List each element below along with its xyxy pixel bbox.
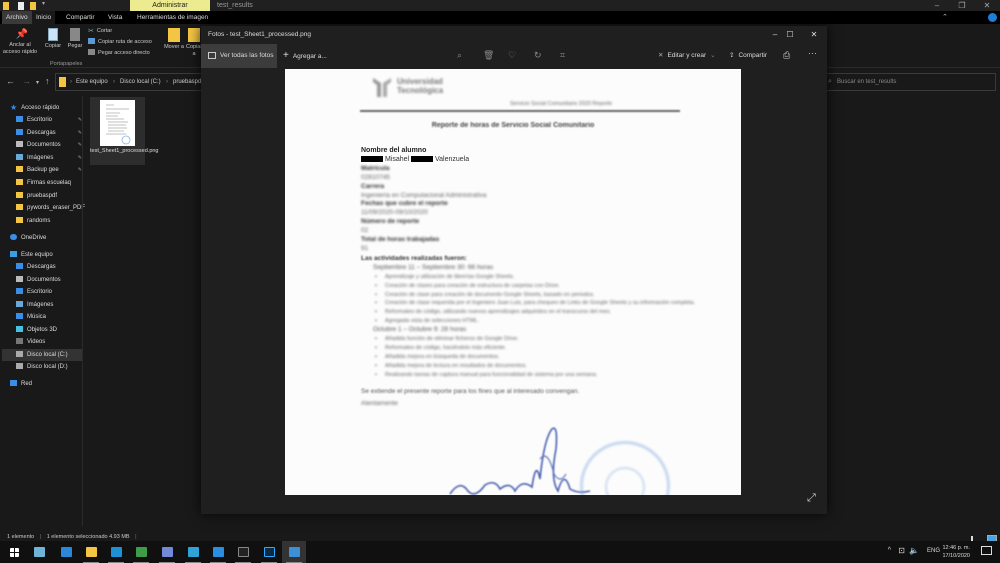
university-name: Universidad Tecnológica [397,77,443,95]
start-button[interactable] [2,541,26,563]
photos-toolbar: Ver todas las fotos +Agregar a... ⌕ 🗑 ♡ … [201,44,827,68]
up-button[interactable]: ↑ [45,76,50,86]
sidebar-item-objetos-3d[interactable]: Objetos 3D [16,324,82,336]
pane-divider[interactable] [82,96,83,526]
copy-path-button[interactable]: Copiar ruta de acceso [88,38,152,47]
breadcrumb-pruebaspdf[interactable]: pruebaspdf [173,74,203,90]
closing-paragraph: Se extiende el presente reporte para los… [361,388,721,397]
sidebar-item-randoms[interactable]: randoms [16,215,82,227]
file-thumbnail [100,100,135,146]
action-center-icon[interactable] [981,546,992,555]
activity-item: Añadida función de eliminar ficheros de … [361,335,721,344]
field-value: 02810745 [361,174,721,183]
regards: Atentamente [361,400,721,409]
activity-item: Añadida mejora de lectura en resultados … [361,362,721,371]
close-button[interactable]: ✕ [975,0,999,11]
see-all-photos-button[interactable]: Ver todas las fotos [201,44,277,68]
drive-icon [16,351,23,357]
activity-item: Realizando tareas de captura manual para… [361,371,721,380]
tab-vista[interactable]: Vista [104,11,126,24]
taskbar-app-photoshop[interactable] [257,541,281,563]
customize-qat-icon[interactable]: ▾ [42,0,45,7]
taskbar: ^ ⊡ 🔈 ENG 12:46 p. m. 17/10/2020 [0,541,1000,563]
photo-gallery-icon [208,52,216,59]
window-title: test_results [217,0,253,11]
recent-locations-button[interactable]: ▾ [36,79,39,86]
volume-icon[interactable]: 🔈 [909,546,919,555]
cloud-icon [10,234,17,240]
pin-icon: 📌 [16,30,25,40]
university-logo-icon [371,75,393,99]
file-name: test_Sheet1_processed.png [90,148,145,155]
activity-item: Creación de clases para creación de estr… [361,282,721,291]
sidebar-item-this-pc[interactable]: Este equipo [10,249,80,261]
folder-icon [16,179,23,185]
document-header: Servicio Social Comunitario 2020 Reporte [510,101,612,107]
address-bar[interactable]: › Este equipo › Disco local (C:) › prueb… [55,73,205,91]
video-icon [16,338,23,344]
whatsapp-icon [136,547,147,557]
sidebar-item-im-genes[interactable]: Imágenes [16,299,82,311]
folder-icon [59,77,66,87]
more-options-icon[interactable]: ··· [808,48,817,58]
pictures-icon [16,301,23,307]
delete-icon[interactable]: 🗑 [483,50,494,61]
activity-item: Agregada vista de selecciones HTML. [361,317,721,326]
sidebar-item-m-sica[interactable]: Música [16,311,82,323]
navigation-pane: ★Acceso rápido OneDrive Este equipo Red … [0,98,82,398]
breadcrumb-este-equipo[interactable]: Este equipo [76,74,108,90]
photos-titlebar: Fotos - test_Sheet1_processed.png – ☐ ✕ [201,26,827,44]
document-title: Reporte de horas de Servicio Social Comu… [285,122,741,129]
cut-button[interactable]: ✂Cortar [88,27,112,36]
ribbon-tabs: Archivo Inicio Compartir Vista Herramien… [0,11,1000,24]
contextual-tab-manage[interactable]: Administrar [130,0,210,11]
rotate-icon[interactable]: ↻ [534,50,542,61]
activity-item: Aprendizaje y utilización de librerías G… [361,273,721,282]
taskbar-app-todo[interactable] [54,541,78,563]
copy-to-button[interactable]: Copiar a [186,28,202,58]
field-label: Nombre del alumno [361,147,721,156]
terminal-icon [238,547,249,557]
taskbar-app-mail[interactable] [104,541,128,563]
sidebar-item-descargas[interactable]: Descargas [16,261,82,273]
desktop-icon [16,288,23,294]
share-icon: ⇪ [729,52,734,59]
start-button-icon [10,548,19,557]
clock[interactable]: 12:46 p. m. 17/10/2020 [942,544,970,560]
paste-shortcut-icon [88,49,95,55]
network-status-icon[interactable]: ⊡ [898,546,905,555]
field-value: Ingeniería en Computacional Administrati… [361,192,721,201]
photos-window: Fotos - test_Sheet1_processed.png – ☐ ✕ … [201,26,827,514]
chevron-down-icon: ⌄ [710,52,715,59]
document-body: Nombre del alumno Misahel Valenzuela Mat… [361,147,721,409]
activity-item: Añadida mejora en búsqueda de documentos… [361,353,721,362]
plus-icon: + [283,50,289,61]
star-icon: ★ [10,102,17,114]
selection-info: 1 elemento seleccionado 4.93 MB [47,534,130,540]
add-to-button[interactable]: +Agregar a... [283,44,327,68]
copy-path-icon [88,38,95,44]
3d-objects-icon [16,326,23,332]
search-input[interactable]: ⌕ Buscar en test_results [824,73,996,91]
redaction-bar [361,156,383,162]
copy-button[interactable]: Copiar [42,28,64,50]
paste-icon [70,28,80,41]
folder-icon [16,217,23,223]
sidebar-item-disco-local-d-[interactable]: Disco local (D:) [16,361,82,373]
sidebar-item-escritorio[interactable]: Escritorio✎ [16,114,82,126]
field-label: Matrícula [361,165,721,174]
desktop-icon [16,116,23,122]
scissors-icon: ✂ [88,27,94,33]
folder-icon [16,204,23,210]
file-explorer-icon [86,547,97,557]
photos-maximize-button[interactable]: ☐ [778,26,802,44]
edge-icon [188,547,199,557]
taskbar-app-photos[interactable] [282,541,306,563]
paste-button[interactable]: Pegar [65,28,85,50]
paste-shortcut-button[interactable]: Pegar acceso directo [88,49,150,58]
sidebar-item-quick-access[interactable]: ★Acceso rápido [10,102,80,114]
photoshop-icon [264,547,275,557]
todo-icon [61,547,72,557]
item-count: 1 elemento [7,534,34,540]
download-icon [16,129,23,135]
field-label: Número de reporte [361,218,721,227]
move-to-button[interactable]: Mover a [164,28,184,51]
student-name: Misahel Valenzuela [361,156,721,165]
crop-icon[interactable]: ⌗ [560,50,565,61]
photos-close-button[interactable]: ✕ [802,26,826,44]
period-heading: Septiembre 11 – Septiembre 30: 66 horas [361,264,721,273]
download-icon [16,263,23,269]
collapse-ribbon-icon[interactable]: ⌃ [942,13,948,21]
taskbar-app-discord[interactable] [155,541,179,563]
copy-to-icon [188,28,200,42]
computer-icon [10,251,17,257]
mail-icon [111,547,122,557]
sidebar-item-videos[interactable]: Videos [16,336,82,348]
folder-icon [16,166,23,172]
taskbar-app-whatsapp[interactable] [129,541,153,563]
new-folder-icon[interactable] [30,2,36,10]
header-rule [360,110,680,112]
music-icon [16,313,23,319]
period-heading: Octubre 1 – Octubre 9: 28 horas [361,326,721,335]
activity-item: Creación de clase para creación de docum… [361,291,721,300]
folder-icon[interactable] [3,2,9,10]
pin-quick-access-button[interactable]: 📌 Anclar al acceso rápido [2,30,38,56]
tab-compartir[interactable]: Compartir [62,11,99,24]
edit-and-create-button[interactable]: ✕Editar y crear⌄ [658,44,716,68]
document-image[interactable]: Universidad Tecnológica Servicio Social … [285,69,741,495]
chevron-right-icon: › [113,74,115,90]
taskbar-app-file-explorer[interactable] [79,541,103,563]
activities-label: Las actividades realizadas fueron: [361,255,721,264]
sidebar-item-firmas-escuelaq[interactable]: Firmas escuelaq [16,177,82,189]
sidebar-item-onedrive[interactable]: OneDrive [10,232,80,244]
sidebar-item-pywords-eraser-pdf[interactable]: pywords_eraser_PDF [16,202,82,214]
edit-icon: ✕ [658,52,663,59]
help-icon[interactable] [988,13,997,22]
document-icon [16,276,23,282]
pictures-icon [16,154,23,160]
field-value: 02 [361,227,721,236]
sidebar-item-descargas[interactable]: Descargas✎ [16,127,82,139]
field-label: Fechas que cubre el reporte [361,200,721,209]
forward-button[interactable]: → [22,76,31,86]
move-to-icon [168,28,180,42]
taskbar-app-terminal[interactable] [231,541,255,563]
tab-inicio[interactable]: Inicio [32,11,55,24]
show-hidden-icons-icon[interactable]: ^ [888,547,891,554]
field-value: 91 [361,245,721,254]
photos-icon [289,547,300,557]
sidebar-item-pruebaspdf[interactable]: pruebaspdf [16,190,82,202]
field-label: Total de horas trabajadas [361,236,721,245]
redaction-bar [411,156,433,162]
field-label: Carrera [361,183,721,192]
sidebar-item-network[interactable]: Red [10,378,80,390]
properties-icon[interactable] [18,2,24,10]
taskbar-app-edge[interactable] [181,541,205,563]
favorite-heart-icon[interactable]: ♡ [508,50,516,61]
sidebar-item-backup-gee[interactable]: Backup gee✎ [16,164,82,176]
copy-icon [48,28,58,41]
sidebar-item-documentos[interactable]: Documentos [16,274,82,286]
search-icon: ⌕ [828,74,832,90]
vscode-icon [213,547,224,557]
sidebar-item-escritorio[interactable]: Escritorio [16,286,82,298]
back-button[interactable]: ← [6,76,15,86]
tab-archivo[interactable]: Archivo [2,11,32,24]
photos-window-title: Fotos - test_Sheet1_processed.png [208,26,311,44]
activity-item: Reformateo de código, utilizando nuevos … [361,308,721,317]
field-value: 11/09/2020-09/10/2020 [361,209,721,218]
notes-icon [34,547,45,557]
print-icon[interactable]: ⎙ [783,50,790,61]
document-icon [16,141,23,147]
chevron-right-icon: › [70,74,72,90]
chevron-right-icon: › [166,74,168,90]
sidebar-item-disco-local-c-[interactable]: Disco local (C:) [2,349,82,361]
network-icon [10,380,17,386]
sidebar-item-documentos[interactable]: Documentos✎ [16,139,82,151]
language-indicator[interactable]: ENG [927,548,940,554]
fullscreen-expand-icon[interactable]: ⤢ [807,492,816,505]
clipboard-group-label: Portapapeles [50,61,82,67]
breadcrumb-disco-c[interactable]: Disco local (C:) [120,74,161,90]
share-button[interactable]: ⇪Compartir [729,44,767,68]
minimize-button[interactable]: – [925,0,949,11]
explorer-titlebar: ▾ Administrar test_results – ❐ ✕ [0,0,1000,11]
sidebar-item-im-genes[interactable]: Imágenes✎ [16,152,82,164]
drive-icon [16,363,23,369]
folder-icon [16,192,23,198]
taskbar-app-vscode[interactable] [206,541,230,563]
tab-herramientas-imagen[interactable]: Herramientas de imagen [133,11,212,24]
zoom-icon[interactable]: ⌕ [457,50,462,61]
taskbar-app-notes[interactable] [27,541,51,563]
activity-item: Creación de clase requerida por el Ingen… [361,299,721,308]
file-item[interactable]: test_Sheet1_processed.png [90,97,145,165]
activity-item: Reformateo de código, haciéndolo más efi… [361,344,721,353]
discord-icon [162,547,173,557]
restore-button[interactable]: ❐ [950,0,974,11]
